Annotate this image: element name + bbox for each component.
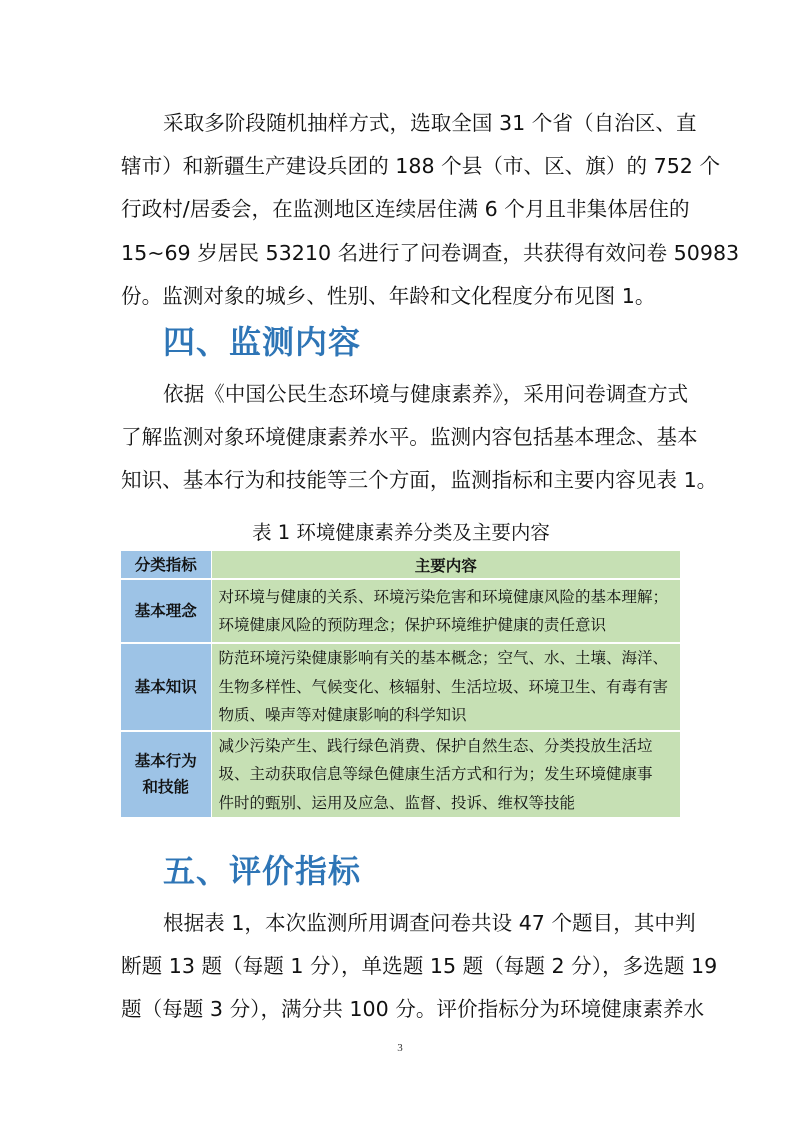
text-line: 依据《中国公民生态环境与健康素养》，采用问卷调查方式 [121, 373, 681, 416]
table-header-category: 分类指标 [121, 551, 211, 579]
cell-text-line: 件时的甄别、运用及应急、监督、投诉、维权等技能 [219, 789, 677, 818]
table-header-row: 分类指标 主要内容 [121, 551, 680, 579]
table-cell-content: 防范环境污染健康影响有关的基本概念；空气、水、土壤、海洋、 生物多样性、气候变化… [211, 643, 680, 731]
cell-text-line: 防范环境污染健康影响有关的基本概念；空气、水、土壤、海洋、 [219, 644, 677, 673]
cell-text-line: 生物多样性、气候变化、核辐射、生活垃圾、环境卫生、有毒有害 [219, 673, 677, 702]
paragraph-evaluation-indicators: 根据表 1，本次监测所用调查问卷共设 47 个题目，其中判 断题 13 题（每题… [121, 902, 681, 1032]
table-cell-content: 减少污染产生、践行绿色消费、保护自然生态、分类投放生活垃 圾、主动获取信息等绿色… [211, 731, 680, 818]
table-row: 基本理念 对环境与健康的关系、环境污染危害和环境健康风险的基本理解； 环境健康风… [121, 579, 680, 643]
text-line: 了解监测对象环境健康素养水平。监测内容包括基本理念、基本 [121, 416, 681, 459]
table-cell-category: 基本行为 和技能 [121, 731, 211, 818]
cell-text-line: 对环境与健康的关系、环境污染危害和环境健康风险的基本理解； [219, 583, 677, 612]
text-line: 行政村/居委会，在监测地区连续居住满 6 个月且非集体居住的 [121, 188, 681, 231]
text-line: 题（每题 3 分），满分共 100 分。评价指标分为环境健康素养水 [121, 988, 681, 1031]
cell-text-line: 和技能 [121, 774, 211, 800]
table-cell-category: 基本理念 [121, 579, 211, 643]
table-header-content: 主要内容 [211, 551, 680, 579]
text-line: 采取多阶段随机抽样方式，选取全国 31 个省（自治区、直 [121, 102, 681, 145]
table-cell-content: 对环境与健康的关系、环境污染危害和环境健康风险的基本理解； 环境健康风险的预防理… [211, 579, 680, 643]
table-cell-category: 基本知识 [121, 643, 211, 731]
text-line: 份。监测对象的城乡、性别、年龄和文化程度分布见图 1。 [121, 275, 681, 318]
table-row: 基本行为 和技能 减少污染产生、践行绿色消费、保护自然生态、分类投放生活垃 圾、… [121, 731, 680, 818]
table-environmental-health-literacy: 分类指标 主要内容 基本理念 对环境与健康的关系、环境污染危害和环境健康风险的基… [121, 551, 680, 817]
text-line: 知识、基本行为和技能等三个方面，监测指标和主要内容见表 1。 [121, 459, 681, 502]
table-caption: 表 1 环境健康素养分类及主要内容 [121, 520, 681, 546]
paragraph-sampling-method: 采取多阶段随机抽样方式，选取全国 31 个省（自治区、直 辖市）和新疆生产建设兵… [121, 102, 681, 318]
section-heading-evaluation-indicators: 五、评价指标 [163, 851, 361, 891]
text-line: 根据表 1，本次监测所用调查问卷共设 47 个题目，其中判 [121, 902, 681, 945]
cell-text-line: 减少污染产生、践行绿色消费、保护自然生态、分类投放生活垃 [219, 732, 677, 761]
page-number: 3 [0, 1042, 800, 1054]
cell-text-line: 物质、噪声等对健康影响的科学知识 [219, 701, 677, 730]
cell-text-line: 环境健康风险的预防理念；保护环境维护健康的责任意识 [219, 611, 677, 640]
cell-text-line: 圾、主动获取信息等绿色健康生活方式和行为；发生环境健康事 [219, 760, 677, 789]
paragraph-monitoring-content: 依据《中国公民生态环境与健康素养》，采用问卷调查方式 了解监测对象环境健康素养水… [121, 373, 681, 503]
document-page: 采取多阶段随机抽样方式，选取全国 31 个省（自治区、直 辖市）和新疆生产建设兵… [0, 0, 800, 1140]
text-line: 断题 13 题（每题 1 分），单选题 15 题（每题 2 分），多选题 19 [121, 945, 681, 988]
table-row: 基本知识 防范环境污染健康影响有关的基本概念；空气、水、土壤、海洋、 生物多样性… [121, 643, 680, 731]
text-line: 15~69 岁居民 53210 名进行了问卷调查，共获得有效问卷 50983 [121, 232, 681, 275]
section-heading-monitoring-content: 四、监测内容 [163, 322, 361, 362]
cell-text-line: 基本行为 [121, 748, 211, 774]
text-line: 辖市）和新疆生产建设兵团的 188 个县（市、区、旗）的 752 个 [121, 145, 681, 188]
